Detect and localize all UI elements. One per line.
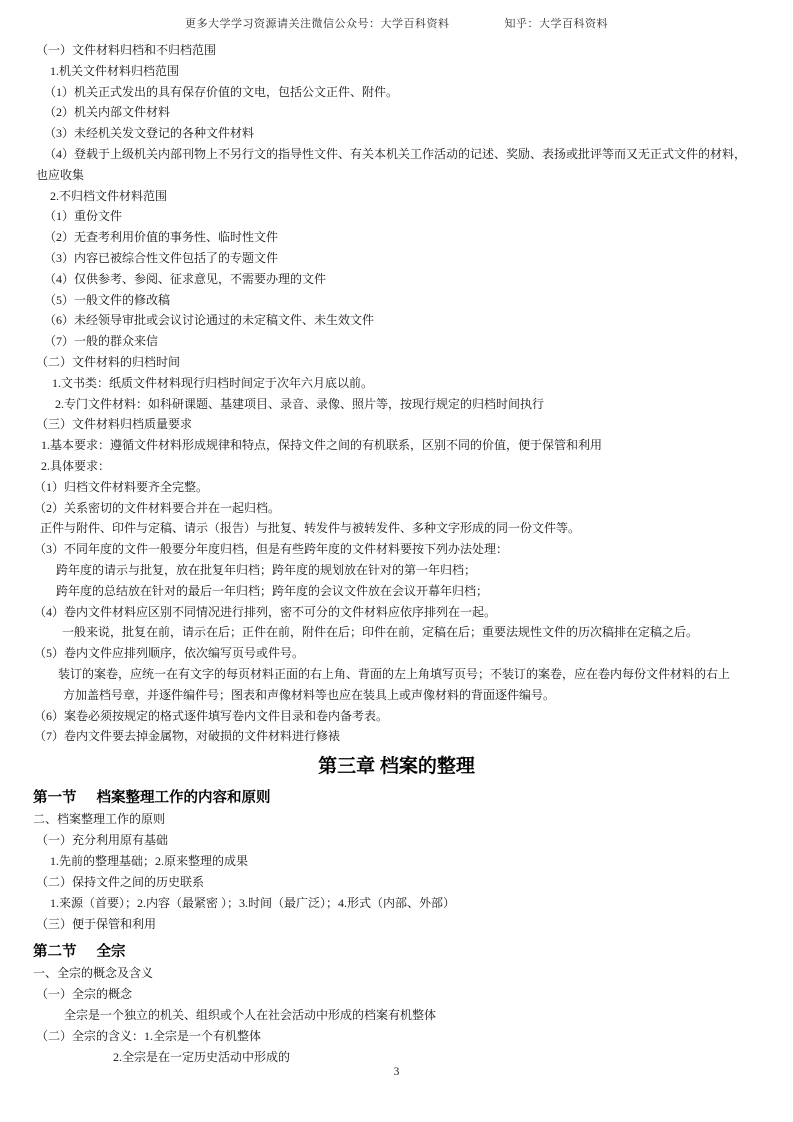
document-line: 1.机关文件材料归档范围 bbox=[0, 61, 793, 82]
page-header: 更多大学学习资源请关注微信公众号：大学百科资料 知乎：大学百科资料 bbox=[0, 15, 793, 31]
document-line: 2.不归档文件材料范围 bbox=[0, 186, 793, 207]
document-line: （6）案卷必须按规定的格式逐件填写卷内文件目录和卷内备考表。 bbox=[0, 706, 793, 727]
document-line: 1.基本要求：遵循文件材料形成规律和特点，保持文件之间的有机联系，区别不同的价值… bbox=[0, 435, 793, 456]
section-title: 全宗 bbox=[97, 944, 126, 960]
document-line: （3）未经机关发文登记的各种文件材料 bbox=[0, 123, 793, 144]
document-line: 2.全宗是在一定历史活动中形成的 bbox=[0, 1047, 793, 1068]
document-line: （2）关系密切的文件材料要合并在一起归档。 bbox=[0, 498, 793, 519]
document-line: （7）一般的群众来信 bbox=[0, 331, 793, 352]
document-line: （1）重份文件 bbox=[0, 206, 793, 227]
document-line: （一）充分利用原有基础 bbox=[0, 830, 793, 851]
document-line: （4）仅供参考、参阅、征求意见，不需要办理的文件 bbox=[0, 269, 793, 290]
document-line: 一般来说，批复在前，请示在后；正件在前，附件在后；印件在前，定稿在后；重要法规性… bbox=[0, 622, 793, 643]
document-body: （一）文件材料归档和不归档范围1.机关文件材料归档范围（1）机关正式发出的具有保… bbox=[0, 40, 793, 1068]
document-line: （2）无查考利用价值的事务性、临时性文件 bbox=[0, 227, 793, 248]
document-line: 二、档案整理工作的原则 bbox=[0, 809, 793, 830]
document-line: 也应收集 bbox=[0, 165, 793, 186]
document-line: 全宗是一个独立的机关、组织或个人在社会活动中形成的档案有机整体 bbox=[0, 1005, 793, 1026]
document-page: 更多大学学习资源请关注微信公众号：大学百科资料 知乎：大学百科资料 （一）文件材… bbox=[0, 0, 793, 1122]
document-line: （一）文件材料归档和不归档范围 bbox=[0, 40, 793, 61]
document-line: （4）卷内文件材料应区别不同情况进行排列，密不可分的文件材料应依序排列在一起。 bbox=[0, 602, 793, 623]
section-label: 第二节 bbox=[33, 944, 77, 960]
section-label: 第一节 bbox=[33, 790, 77, 806]
document-line: （一）全宗的概念 bbox=[0, 984, 793, 1005]
section-heading: 第一节档案整理工作的内容和原则 bbox=[0, 787, 793, 809]
document-line: （6）未经领导审批或会议讨论通过的未定稿文件、未生效文件 bbox=[0, 310, 793, 331]
document-line: （二）文件材料的归档时间 bbox=[0, 352, 793, 373]
document-line: 2.专门文件材料：如科研课题、基建项目、录音、录像、照片等，按现行规定的归档时间… bbox=[0, 394, 793, 415]
document-line: 2.具体要求： bbox=[0, 456, 793, 477]
section-heading: 第二节全宗 bbox=[0, 941, 793, 963]
document-line: （2）机关内部文件材料 bbox=[0, 102, 793, 123]
document-line: 1.先前的整理基础；2.原来整理的成果 bbox=[0, 851, 793, 872]
document-line: 一、全宗的概念及含义 bbox=[0, 963, 793, 984]
document-line: （三）文件材料归档质量要求 bbox=[0, 414, 793, 435]
document-line: （三）便于保管和利用 bbox=[0, 914, 793, 935]
document-line: 1.来源（首要）；2.内容（最紧密 ）；3.时间（最广泛）；4.形式（内部、外部… bbox=[0, 893, 793, 914]
document-line: （3）内容已被综合性文件包括了的专题文件 bbox=[0, 248, 793, 269]
document-line: （4）登载于上级机关内部刊物上不另行文的指导性文件、有关本机关工作活动的记述、奖… bbox=[0, 144, 793, 165]
document-line: 正件与附件、印件与定稿、请示（报告）与批复、转发件与被转发件、多种文字形成的同一… bbox=[0, 518, 793, 539]
page-number: 3 bbox=[394, 1066, 400, 1078]
document-line: （1）归档文件材料要齐全完整。 bbox=[0, 477, 793, 498]
header-wechat-text: 更多大学学习资源请关注微信公众号：大学百科资料 bbox=[185, 15, 450, 31]
document-line: （二）全宗的含义：1.全宗是一个有机整体 bbox=[0, 1026, 793, 1047]
page-footer: 3 bbox=[0, 1066, 793, 1078]
section-title: 档案整理工作的内容和原则 bbox=[97, 790, 271, 806]
document-line: （7）卷内文件要去掉金属物，对破损的文件材料进行修裱 bbox=[0, 726, 793, 747]
document-line: 方加盖档号章，并逐件编件号；图表和声像材料等也应在装具上或声像材料的背面逐件编号… bbox=[0, 685, 793, 706]
chapter-heading: 第三章 档案的整理 bbox=[0, 753, 793, 781]
document-line: 跨年度的总结放在针对的最后一年归档；跨年度的会议文件放在会议开幕年归档； bbox=[0, 581, 793, 602]
document-line: （二）保持文件之间的历史联系 bbox=[0, 872, 793, 893]
document-line: 1.文书类：纸质文件材料现行归档时间定于次年六月底以前。 bbox=[0, 373, 793, 394]
document-line: 装订的案卷，应统一在有文字的每页材料正面的右上角、背面的左上角填写页号；不装订的… bbox=[0, 664, 793, 685]
header-zhihu-text: 知乎：大学百科资料 bbox=[505, 15, 609, 31]
document-line: （1）机关正式发出的具有保存价值的文电，包括公文正件、附件。 bbox=[0, 82, 793, 103]
document-line: （5）卷内文件应排列顺序，依次编写页号或件号。 bbox=[0, 643, 793, 664]
document-line: 跨年度的请示与批复，放在批复年归档；跨年度的规划放在针对的第一年归档； bbox=[0, 560, 793, 581]
document-line: （3）不同年度的文件一般要分年度归档，但是有些跨年度的文件材料要按下列办法处理： bbox=[0, 539, 793, 560]
document-line: （5）一般文件的修改稿 bbox=[0, 290, 793, 311]
